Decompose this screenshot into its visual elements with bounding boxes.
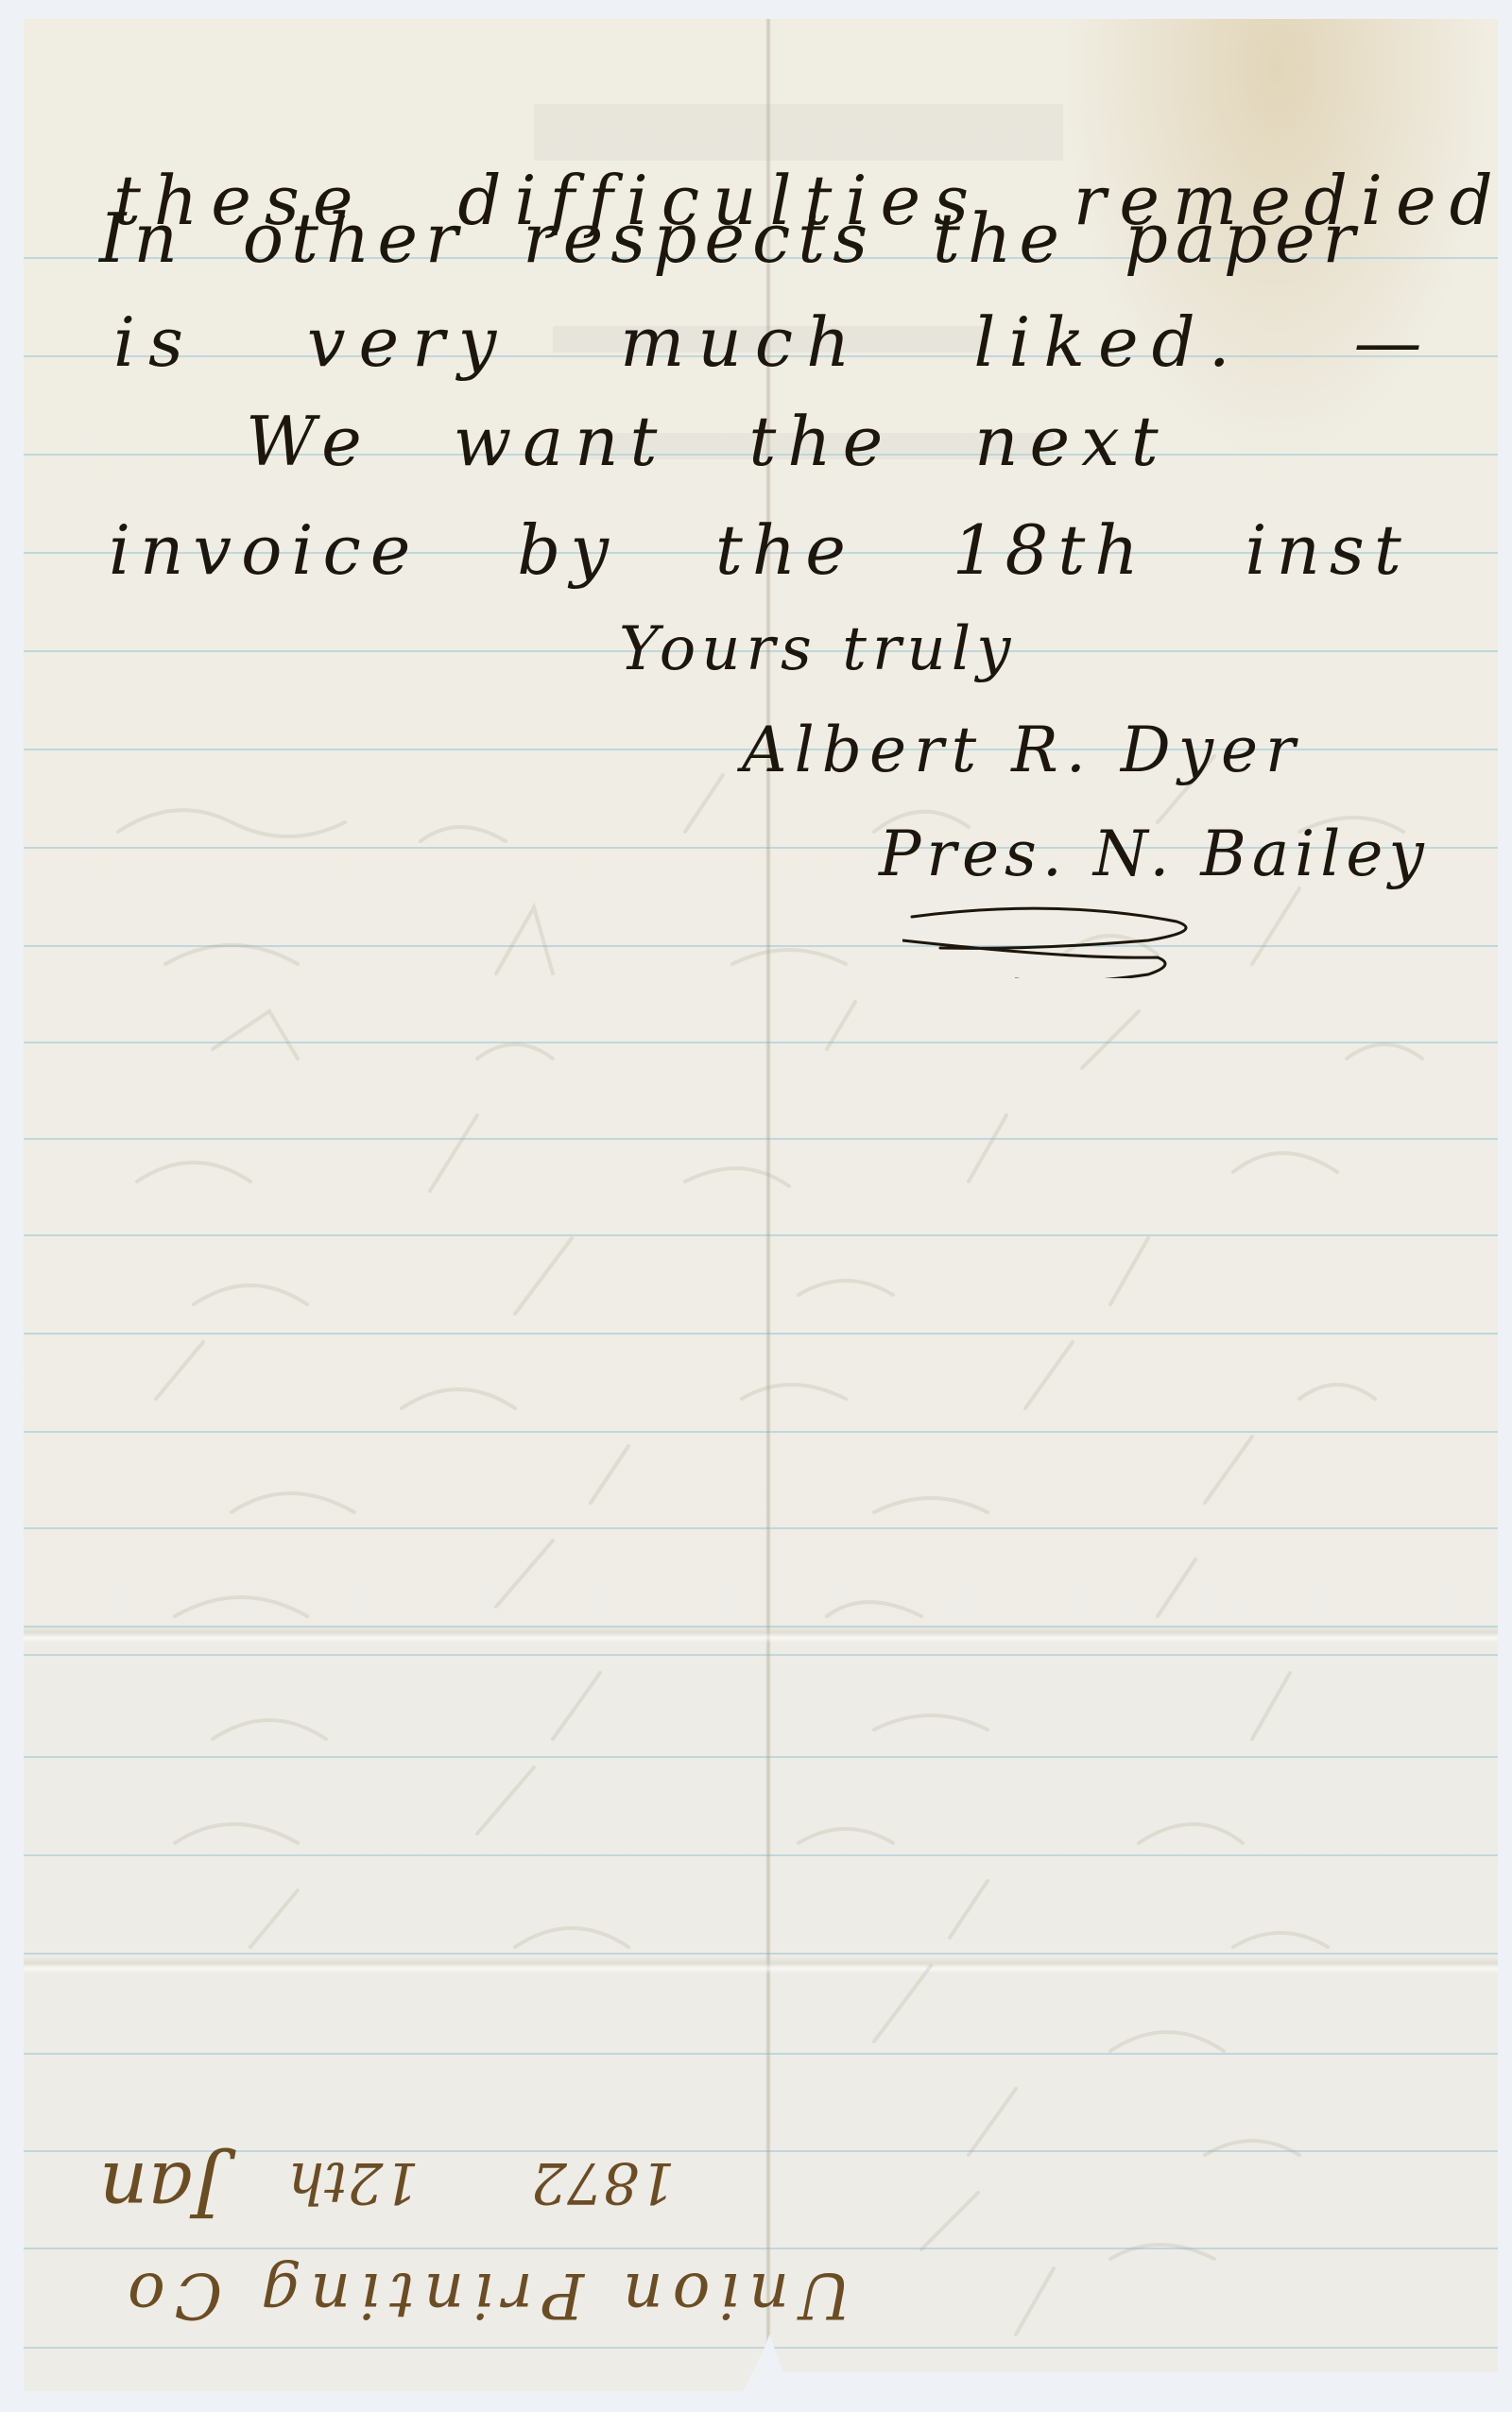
letter-closing: Yours truly bbox=[619, 614, 1016, 684]
signature-flourish bbox=[902, 903, 1243, 978]
ruled-line bbox=[24, 1756, 1498, 1758]
docket-company: Union Printing Co bbox=[118, 2259, 851, 2332]
ruled-line bbox=[24, 945, 1498, 947]
docket-day: 12th bbox=[287, 2149, 419, 2215]
letter-line-4: We want the next bbox=[246, 402, 1170, 481]
signature-title: Pres. N. Bailey bbox=[879, 818, 1430, 890]
ruled-line bbox=[24, 2248, 1498, 2249]
ruled-line bbox=[24, 1042, 1498, 1043]
ruled-line bbox=[24, 1431, 1498, 1433]
ruled-line bbox=[24, 1527, 1498, 1529]
ruled-line bbox=[24, 1854, 1498, 1856]
ruled-line bbox=[24, 1138, 1498, 1140]
letter-line-5: invoice by the 18th inst bbox=[109, 510, 1411, 590]
letter-line-3: is very much liked. — bbox=[113, 302, 1435, 382]
horizontal-fold-crease bbox=[24, 1626, 1498, 1643]
ruled-line bbox=[24, 1654, 1498, 1656]
ruled-line bbox=[24, 2053, 1498, 2055]
docket-year: 1872 bbox=[531, 2149, 676, 2215]
letter-line-2: In other respects the paper bbox=[99, 198, 1363, 278]
ruled-line bbox=[24, 1234, 1498, 1236]
horizontal-fold-crease bbox=[24, 1956, 1498, 1973]
signature-name: Albert R. Dyer bbox=[742, 714, 1303, 786]
ruled-line bbox=[24, 2347, 1498, 2349]
ruled-line bbox=[24, 1953, 1498, 1955]
letter-page: ​ bbox=[24, 19, 1498, 2391]
letterhead-show-through-band bbox=[534, 104, 1063, 161]
docket-date: 1872 12th Jan bbox=[99, 2145, 675, 2233]
docket-month: Jan bbox=[99, 2145, 223, 2233]
ruled-line bbox=[24, 1333, 1498, 1335]
